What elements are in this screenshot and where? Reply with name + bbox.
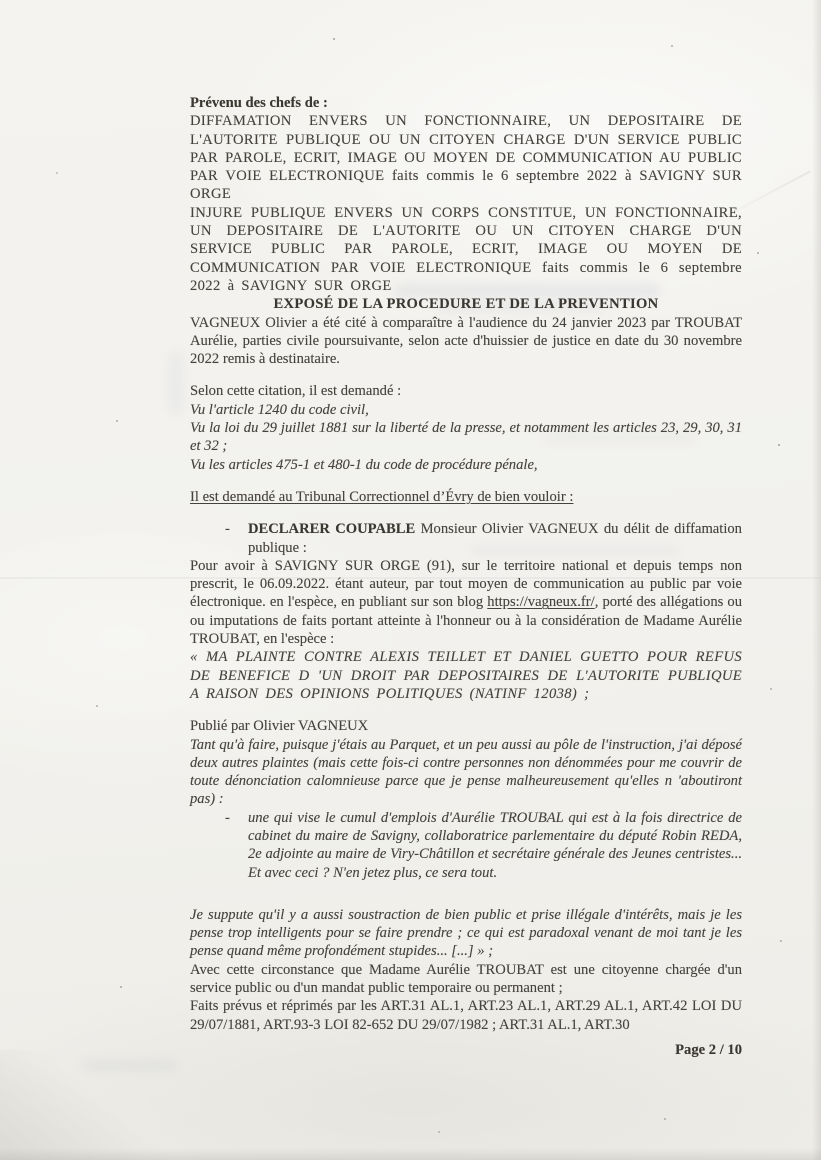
blog-quote-bullet-text: une qui vise le cumul d'emplois d'Auréli… [248, 809, 742, 882]
request-item: - DECLARER COUPABLE Monsieur Olivier VAG… [190, 520, 742, 557]
dash-bullet-marker: - [225, 520, 248, 557]
dash-bullet-marker: - [225, 809, 248, 882]
page-number: Page 2 / 10 [190, 1041, 742, 1059]
charges-intro-line: Prévenu des chefs de : [190, 94, 742, 112]
visa-line: Vu la loi du 29 juillet 1881 sur la libe… [190, 419, 742, 456]
scan-edge-shadow [812, 0, 821, 1160]
blog-url-text: https://vagneux.fr/ [487, 594, 594, 610]
showthrough-ghost [168, 352, 184, 414]
selon-line: Selon cette citation, il est demandé : [190, 382, 742, 400]
visa-line: Vu l'article 1240 du code civil, [190, 401, 742, 419]
request-text: DECLARER COUPABLE Monsieur Olivier VAGNE… [248, 520, 742, 557]
faits-prevus-paragraph: Faits prévus et réprimés par les ART.31 … [190, 997, 742, 1034]
circonstance-paragraph: Avec cette circonstance que Madame Aurél… [190, 961, 742, 998]
demand-line: Il est demandé au Tribunal Correctionnel… [190, 488, 742, 506]
blog-quote-paragraph-2: Je suppute qu'il y a aussi soustraction … [190, 906, 742, 961]
blog-post-title-quote: « MA PLAINTE CONTRE ALEXIS TEILLET ET DA… [190, 648, 742, 703]
citation-paragraph: VAGNEUX Olivier a été cité à comparaître… [190, 314, 742, 369]
document-page: Prévenu des chefs de : DIFFAMATION ENVER… [190, 94, 742, 1059]
blog-quote-paragraph-1: Tant qu'à faire, puisque j'étais au Parq… [190, 736, 742, 809]
charge-diffamation: DIFFAMATION ENVERS UN FONCTIONNAIRE, UN … [190, 112, 742, 203]
pour-avoir-paragraph: Pour avoir à SAVIGNY SUR ORGE (91), sur … [190, 557, 742, 648]
visa-line: Vu les articles 475-1 et 480-1 du code d… [190, 456, 742, 474]
scan-edge-shadow [0, 1148, 821, 1160]
corner-shadow [0, 1050, 190, 1160]
charge-injure: INJURE PUBLIQUE ENVERS UN CORPS CONSTITU… [190, 204, 742, 295]
scan-noise-specks [0, 0, 2, 2]
section-heading: EXPOSÉ DE LA PROCEDURE ET DE LA PREVENTI… [190, 295, 742, 313]
request-bold-part: DECLARER COUPABLE [248, 521, 415, 537]
blog-quote-bullet-item: - une qui vise le cumul d'emplois d'Auré… [190, 809, 742, 882]
publie-par-line: Publié par Olivier VAGNEUX [190, 717, 742, 735]
